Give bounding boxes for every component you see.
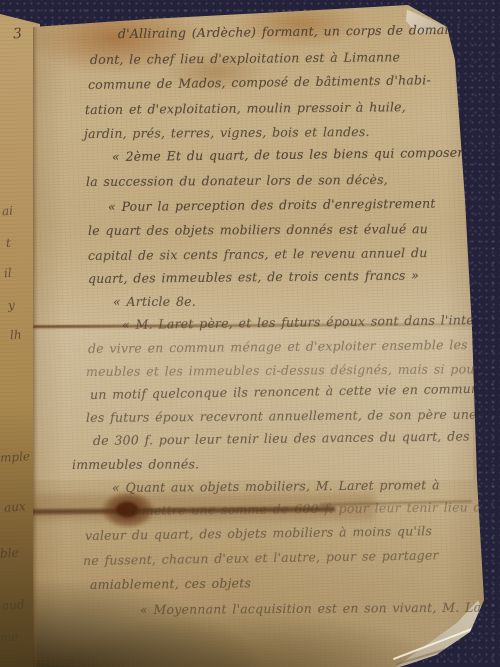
manuscript-line: meubles et les immeubles ci-dessus désig… — [86, 361, 481, 379]
margin-fragment: aux — [4, 499, 27, 514]
margin-fragment: y — [8, 298, 16, 312]
manuscript-line: capital de six cents francs, et le reven… — [88, 245, 428, 263]
margin-fragment: t — [6, 236, 12, 250]
manuscript-line: jardin, prés, terres, vignes, bois et la… — [84, 124, 370, 141]
manuscript-line: amiablement, ces objets — [90, 575, 251, 592]
margin-fragment: aud — [2, 597, 25, 613]
manuscript-line: dont, le chef lieu d'exploitation est à … — [90, 49, 400, 67]
manuscript-line: tation et d'exploitation, moulin pressoi… — [85, 99, 406, 117]
paper-sheet: d'Alliraing (Ardèche) formant, un corps … — [0, 0, 500, 667]
manuscript-line: la succession du donateur lors de son dé… — [86, 172, 388, 189]
manuscript-line: le quart des objets mobiliers donnés est… — [88, 221, 428, 238]
margin-fragment: ble — [0, 545, 19, 560]
margin-fragment: me — [0, 629, 19, 644]
manuscript-line: immeubles donnés. — [72, 456, 199, 472]
margin-fragment: il — [4, 266, 13, 281]
manuscript-line: « Moyennant l'acquisition est en son viv… — [140, 599, 500, 617]
margin-fragment: ai — [2, 204, 14, 219]
manuscript-photo: 3 ai t il y lh mple aux ble aud me d'All… — [0, 0, 500, 667]
margin-fragment: mple — [0, 449, 30, 465]
page-number: 3 — [12, 26, 23, 43]
manuscript-line: « Quant aux objets mobiliers, M. Laret p… — [112, 477, 440, 495]
margin-fragment: lh — [10, 328, 23, 343]
manuscript-line: « Article 8e. — [113, 294, 196, 309]
